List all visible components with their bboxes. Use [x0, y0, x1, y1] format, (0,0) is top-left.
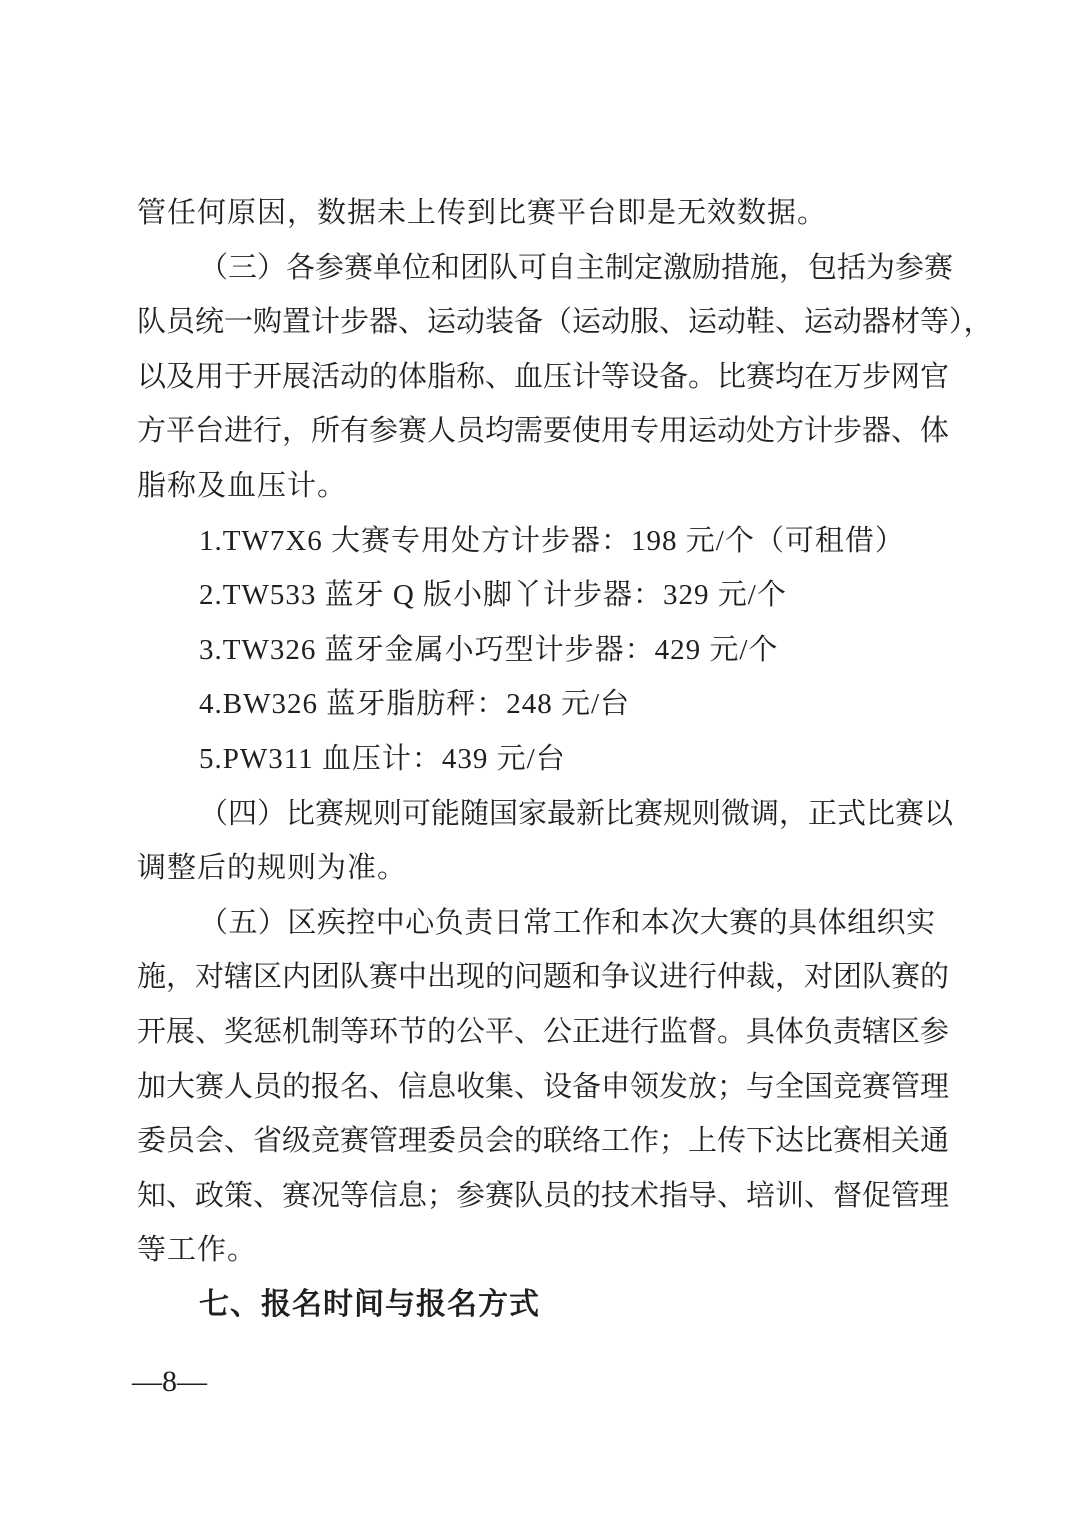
text-block: 管任何原因，数据未上传到比赛平台即是无效数据。 （三）各参赛单位和团队可自主制定…	[137, 186, 935, 1332]
text-line: 委员会、省级竞赛管理委员会的联络工作；上传下达比赛相关通	[137, 1114, 935, 1169]
text-line: 施，对辖区内团队赛中出现的问题和争议进行仲裁，对团队赛的	[137, 950, 935, 1005]
page-number: —8—	[132, 1360, 207, 1404]
list-item: 1.TW7X6 大赛专用处方计步器：198 元/个（可租借）	[137, 514, 935, 569]
list-item: 5.PW311 血压计：439 元/台	[137, 732, 935, 787]
text-line: 加大赛人员的报名、信息收集、设备申领发放；与全国竞赛管理	[137, 1060, 935, 1115]
text-line: 开展、奖惩机制等环节的公平、公正进行监督。具体负责辖区参	[137, 1005, 935, 1060]
text-line: 脂称及血压计。	[137, 459, 935, 514]
text-line: 知、政策、赛况等信息；参赛队员的技术指导、培训、督促管理	[137, 1169, 935, 1224]
text-line: 以及用于开展活动的体脂称、血压计等设备。比赛均在万步网官	[137, 350, 935, 405]
paragraph-line: （四）比赛规则可能随国家最新比赛规则微调，正式比赛以	[137, 787, 935, 842]
text-line: 等工作。	[137, 1223, 935, 1278]
document-page: 管任何原因，数据未上传到比赛平台即是无效数据。 （三）各参赛单位和团队可自主制定…	[0, 0, 1074, 1520]
section-heading: 七、报名时间与报名方式	[137, 1278, 935, 1333]
text-line: 调整后的规则为准。	[137, 841, 935, 896]
list-item: 3.TW326 蓝牙金属小巧型计步器：429 元/个	[137, 623, 935, 678]
text-line: 队员统一购置计步器、运动装备（运动服、运动鞋、运动器材等），	[137, 295, 935, 350]
paragraph-line: （五）区疾控中心负责日常工作和本次大赛的具体组织实	[137, 896, 935, 951]
text-line: 管任何原因，数据未上传到比赛平台即是无效数据。	[137, 186, 935, 241]
paragraph-line: （三）各参赛单位和团队可自主制定激励措施，包括为参赛	[137, 241, 935, 296]
list-item: 2.TW533 蓝牙 Q 版小脚丫计步器：329 元/个	[137, 568, 935, 623]
text-line: 方平台进行，所有参赛人员均需要使用专用运动处方计步器、体	[137, 404, 935, 459]
list-item: 4.BW326 蓝牙脂肪秤：248 元/台	[137, 677, 935, 732]
